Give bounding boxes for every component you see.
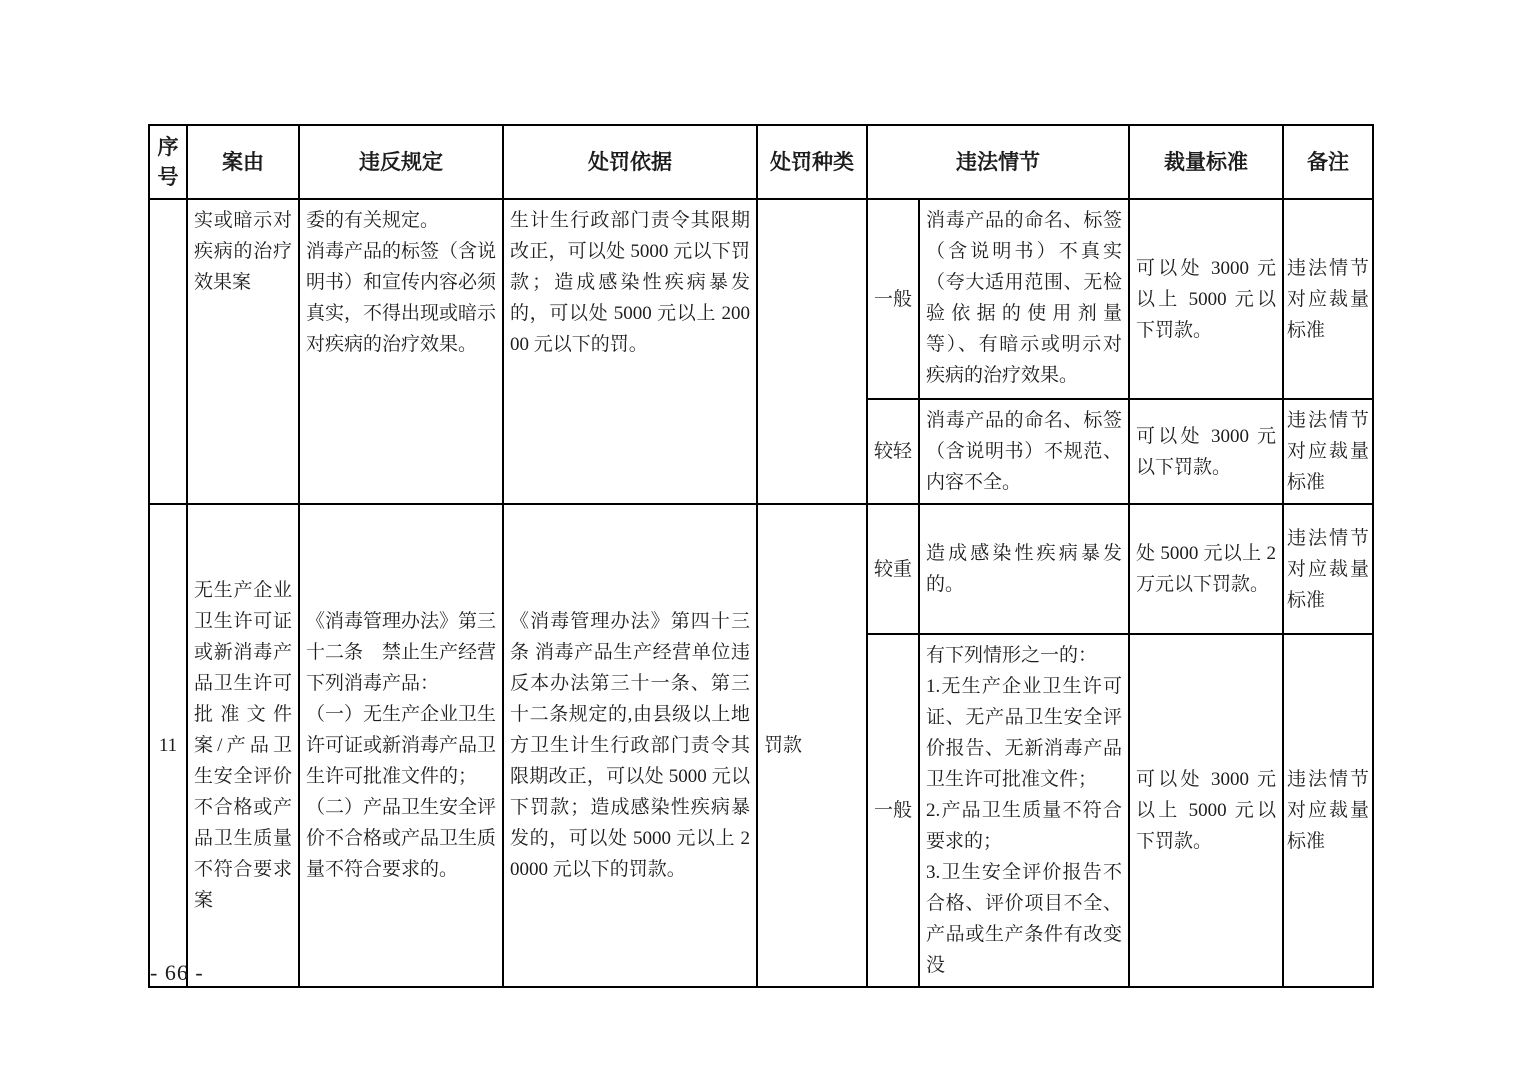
cell-severity-row10-general: 一般 (867, 199, 919, 399)
cell-circumstance-row10-general: 消毒产品的命名、标签（含说明书）不真实（夸大适用范围、无检验依据的使用剂量等）、… (919, 199, 1129, 399)
cell-severity-row10-minor: 较轻 (867, 399, 919, 504)
column-header-circumstance: 违法情节 (867, 125, 1129, 199)
column-header-standard: 裁量标准 (1129, 125, 1283, 199)
column-header-penalty-type: 处罚种类 (757, 125, 867, 199)
cell-circumstance-row10-minor: 消毒产品的命名、标签（含说明书）不规范、内容不全。 (919, 399, 1129, 504)
table-row: 11 无生产企业卫生许可证或新消毒产品卫生许可批准文件案/产品卫生安全评价不合格… (149, 504, 1373, 634)
cell-circumstance-row11-general: 有下列情形之一的： 1.无生产企业卫生许可证、无产品卫生安全评价报告、无新消毒产… (919, 634, 1129, 987)
column-header-basis: 处罚依据 (503, 125, 757, 199)
cell-basis-row10: 生计生行政部门责令其限期改正，可以处 5000 元以下罚款；造成感染性疾病暴发的… (503, 199, 757, 504)
cell-severity-row11-serious: 较重 (867, 504, 919, 634)
cell-circumstance-row11-serious: 造成感染性疾病暴发的。 (919, 504, 1129, 634)
cell-case-row11: 无生产企业卫生许可证或新消毒产品卫生许可批准文件案/产品卫生安全评价不合格或产品… (187, 504, 299, 987)
cell-standard-row10-general: 可以处 3000 元以上 5000 元以下罚款。 (1129, 199, 1283, 399)
page-number: - 66 - (150, 960, 204, 986)
column-header-seq: 序号 (149, 125, 187, 199)
column-header-note: 备注 (1283, 125, 1373, 199)
cell-note-row10-general: 违法情节对应裁量标准 (1283, 199, 1373, 399)
cell-penalty-type-row11: 罚款 (757, 504, 867, 987)
cell-violation-row11: 《消毒管理办法》第三十二条 禁止生产经营下列消毒产品： （一）无生产企业卫生许可… (299, 504, 503, 987)
cell-standard-row11-serious: 处 5000 元以上 2 万元以下罚款。 (1129, 504, 1283, 634)
cell-seq-row10 (149, 199, 187, 504)
cell-basis-row11: 《消毒管理办法》第四十三条 消毒产品生产经营单位违反本办法第三十一条、第三十二条… (503, 504, 757, 987)
table-header-row: 序号 案由 违反规定 处罚依据 处罚种类 违法情节 裁量标准 备注 (149, 125, 1373, 199)
cell-standard-row10-minor: 可以处 3000 元以下罚款。 (1129, 399, 1283, 504)
penalty-standards-table: 序号 案由 违反规定 处罚依据 处罚种类 违法情节 裁量标准 备注 实或暗示对疾… (148, 124, 1374, 988)
cell-case-row10: 实或暗示对疾病的治疗效果案 (187, 199, 299, 504)
cell-severity-row11-general: 一般 (867, 634, 919, 987)
document-page: 序号 案由 违反规定 处罚依据 处罚种类 违法情节 裁量标准 备注 实或暗示对疾… (0, 0, 1520, 1074)
table-row: 实或暗示对疾病的治疗效果案 委的有关规定。 消毒产品的标签（含说明书）和宣传内容… (149, 199, 1373, 399)
cell-note-row10-minor: 违法情节对应裁量标准 (1283, 399, 1373, 504)
cell-violation-row10: 委的有关规定。 消毒产品的标签（含说明书）和宣传内容必须真实，不得出现或暗示对疾… (299, 199, 503, 504)
cell-standard-row11-general: 可以处 3000 元以上 5000 元以下罚款。 (1129, 634, 1283, 987)
column-header-violation: 违反规定 (299, 125, 503, 199)
cell-note-row11-serious: 违法情节对应裁量标准 (1283, 504, 1373, 634)
column-header-case: 案由 (187, 125, 299, 199)
cell-note-row11-general: 违法情节对应裁量标准 (1283, 634, 1373, 987)
cell-penalty-type-row10 (757, 199, 867, 504)
cell-seq-row11: 11 (149, 504, 187, 987)
